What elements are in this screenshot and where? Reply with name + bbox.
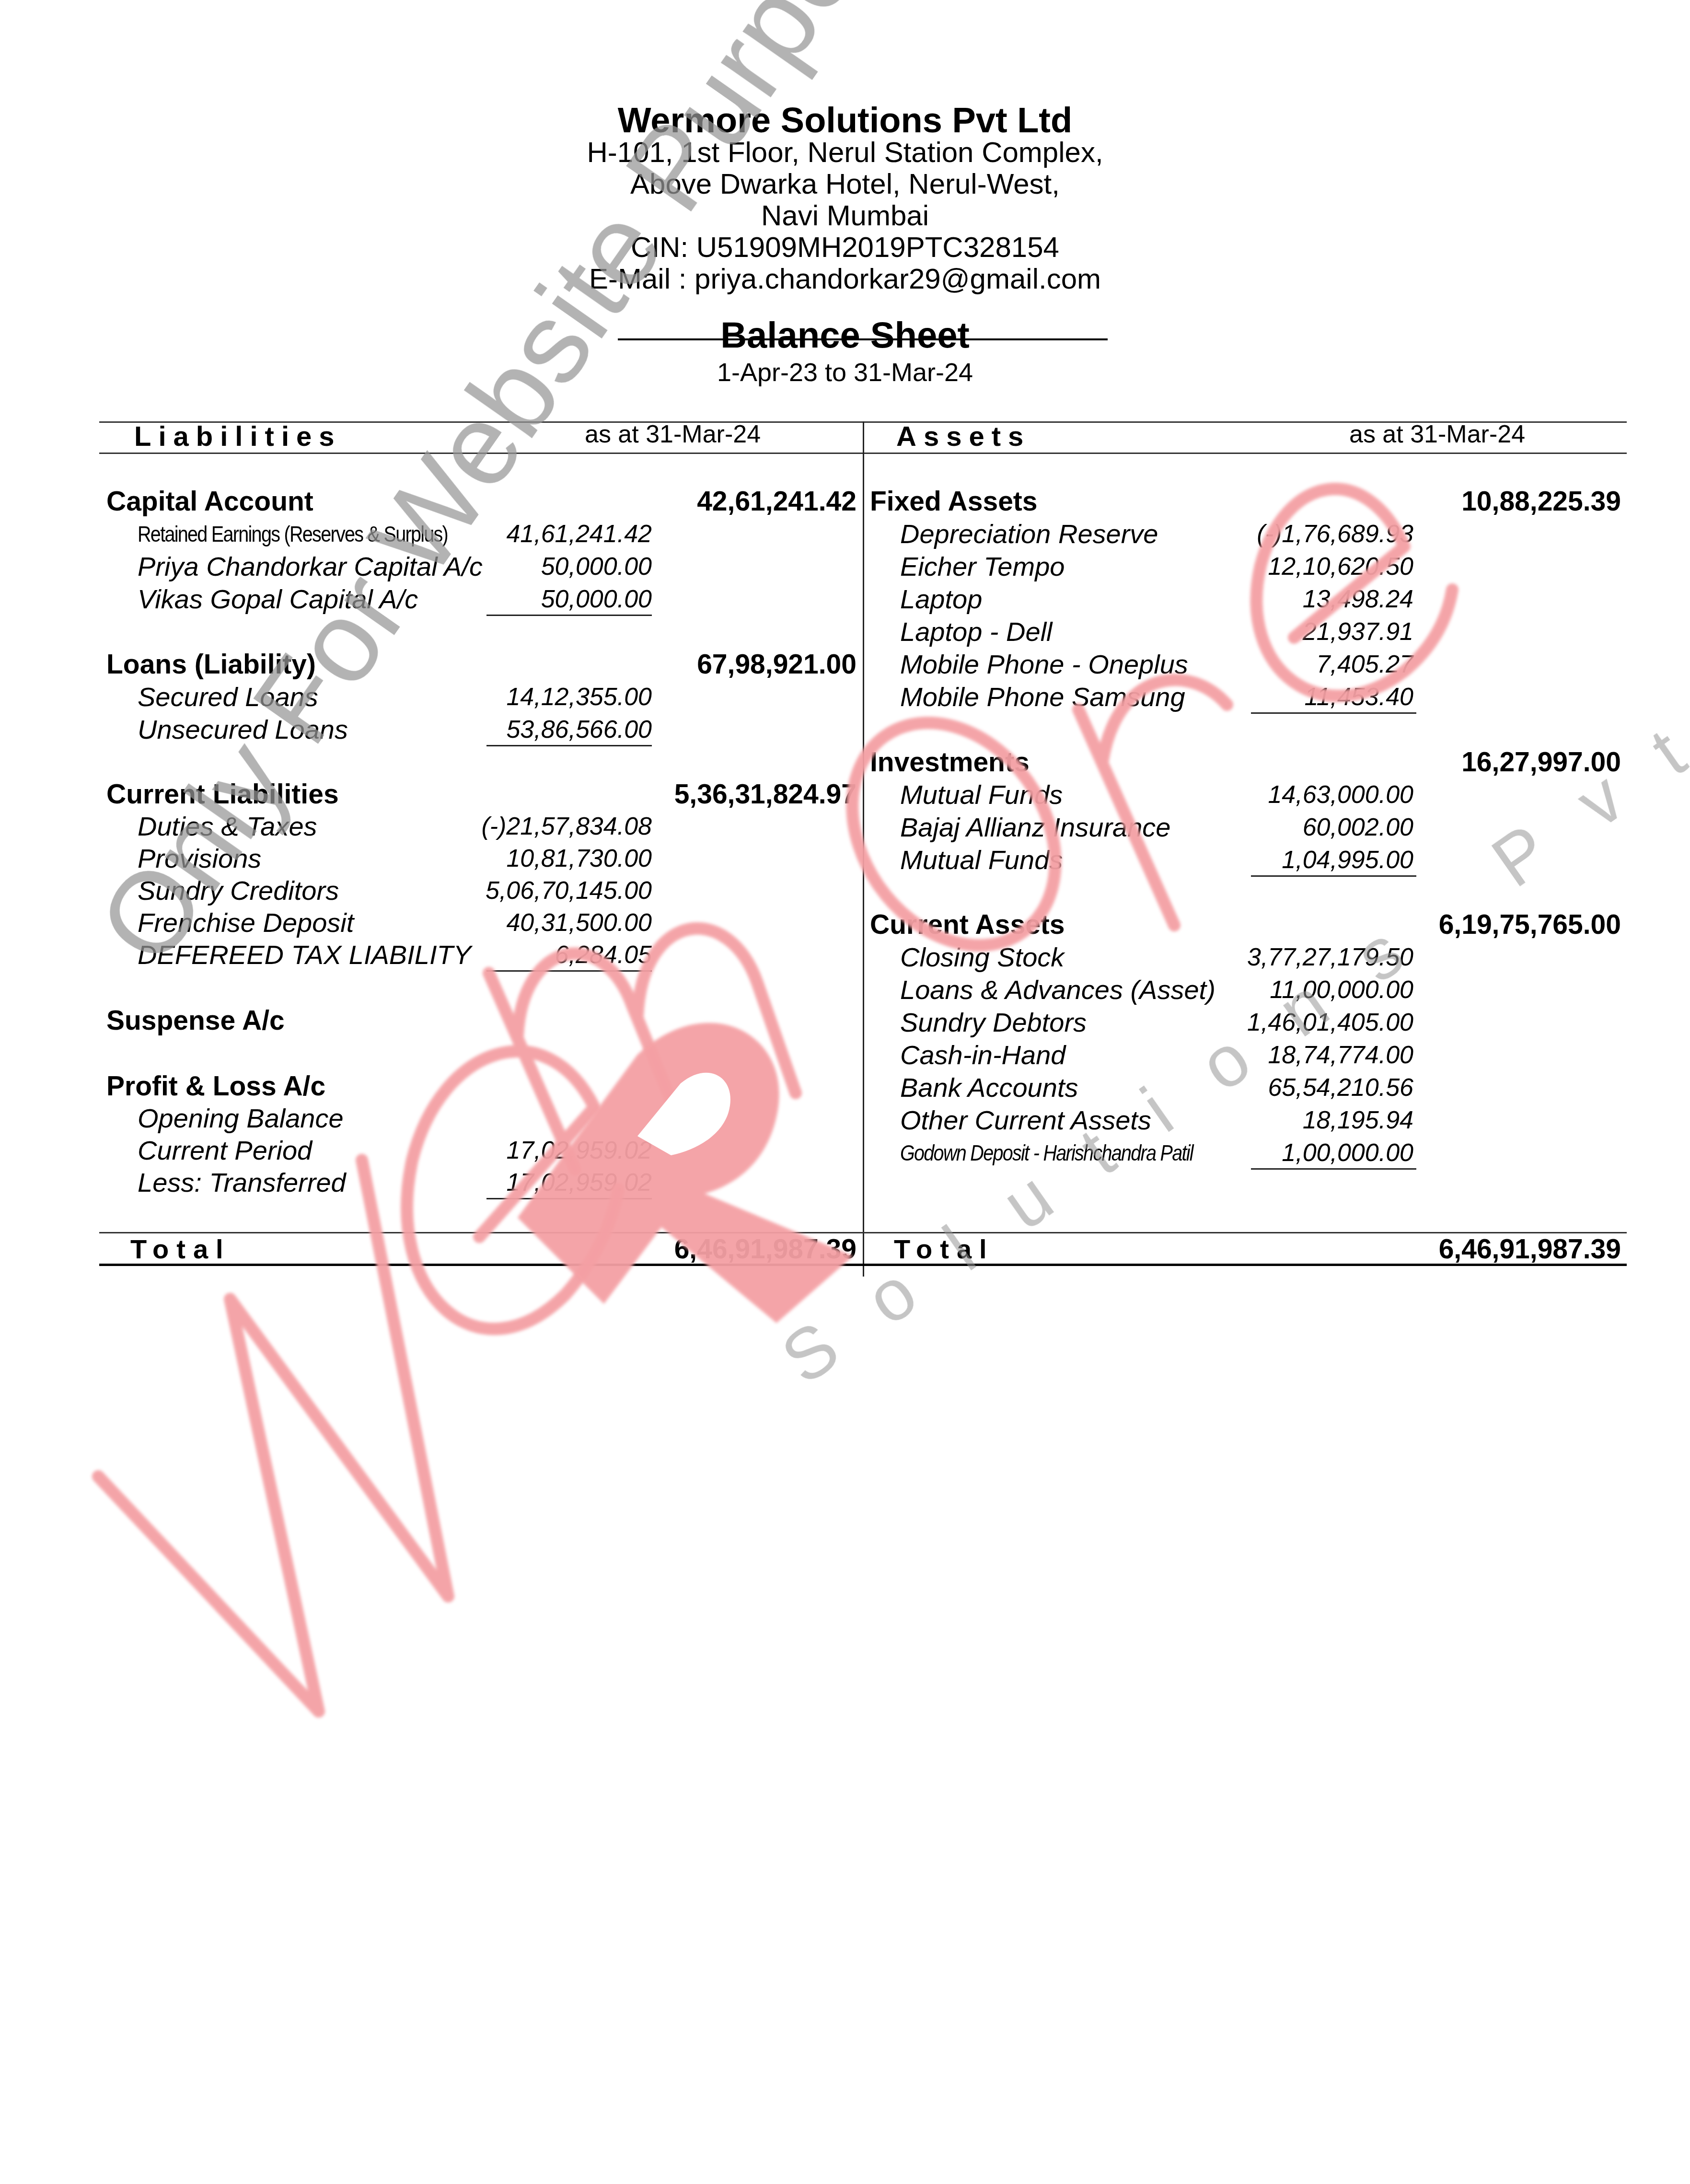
item-name: Mutual Funds bbox=[900, 778, 1063, 811]
liabilities-total-amount: 6,46,91,987.39 bbox=[674, 1233, 857, 1266]
item-name: Closing Stock bbox=[900, 941, 1064, 974]
item-amount: 17,02,959.02 bbox=[506, 1166, 652, 1199]
group-name: Profit & Loss A/c bbox=[106, 1070, 325, 1103]
item-name: Mobile Phone - Oneplus bbox=[900, 648, 1188, 681]
subtotal-underline bbox=[486, 745, 652, 746]
item-amount: 40,31,500.00 bbox=[506, 906, 652, 939]
item-name: Cash-in-Hand bbox=[900, 1039, 1066, 1071]
item-amount: (-)1,76,689.93 bbox=[1257, 518, 1413, 550]
email-line: E-Mail : priya.chandorkar29@gmail.com bbox=[0, 263, 1690, 295]
item-amount: 11,00,000.00 bbox=[1270, 974, 1413, 1006]
item-name: Laptop bbox=[900, 583, 982, 616]
item-name: Depreciation Reserve bbox=[900, 518, 1158, 550]
group-amount: 6,19,75,765.00 bbox=[1439, 908, 1621, 941]
column-divider bbox=[863, 421, 864, 1277]
item-name: Unsecured Loans bbox=[138, 713, 348, 746]
assets-heading: Assets bbox=[896, 421, 1030, 453]
item-name: Opening Balance bbox=[138, 1102, 344, 1135]
item-amount: 1,00,000.00 bbox=[1282, 1137, 1413, 1169]
cin-line: CIN: U51909MH2019PTC328154 bbox=[0, 232, 1690, 263]
group-name: Suspense A/c bbox=[106, 1004, 285, 1037]
report-period: 1-Apr-23 to 31-Mar-24 bbox=[0, 357, 1690, 388]
item-amount: 65,54,210.56 bbox=[1268, 1071, 1413, 1104]
subtotal-underline bbox=[1251, 875, 1416, 877]
assets-as-at: as at 31-Mar-24 bbox=[1349, 418, 1525, 450]
item-name: Loans & Advances (Asset) bbox=[900, 974, 1215, 1006]
item-amount: 5,06,70,145.00 bbox=[486, 874, 652, 907]
item-amount: 60,002.00 bbox=[1303, 811, 1413, 844]
address-line-1: H-101, 1st Floor, Nerul Station Complex, bbox=[0, 137, 1690, 168]
item-name: Sundry Debtors bbox=[900, 1006, 1087, 1039]
assets-total-label: Total bbox=[894, 1233, 995, 1266]
group-amount: 67,98,921.00 bbox=[697, 648, 857, 681]
group-name: Current Liabilities bbox=[106, 778, 339, 811]
subtotal-underline bbox=[486, 615, 652, 616]
liabilities-total-label: Total bbox=[130, 1233, 231, 1266]
item-amount: 21,937.91 bbox=[1303, 616, 1413, 648]
company-name: Wermore Solutions Pvt Ltd bbox=[0, 99, 1690, 142]
assets-total-amount: 6,46,91,987.39 bbox=[1439, 1233, 1621, 1266]
item-name: DEFEREED TAX LIABILITY bbox=[138, 939, 471, 971]
item-name: Provisions bbox=[138, 842, 261, 875]
group-name: Fixed Assets bbox=[870, 485, 1038, 518]
item-amount: 12,10,620.50 bbox=[1268, 550, 1413, 583]
item-name: Godown Deposit - Harishchandra Patil bbox=[900, 1137, 1193, 1169]
group-name: Capital Account bbox=[106, 485, 313, 518]
item-name: Vikas Gopal Capital A/c bbox=[138, 583, 418, 616]
item-amount: (-)21,57,834.08 bbox=[481, 810, 652, 843]
group-name: Current Assets bbox=[870, 908, 1065, 941]
item-amount: 3,77,27,179.50 bbox=[1247, 941, 1413, 974]
item-amount: 50,000.00 bbox=[541, 583, 652, 616]
item-name: Mutual Funds bbox=[900, 844, 1063, 876]
item-name: Current Period bbox=[138, 1134, 312, 1167]
group-name: Loans (Liability) bbox=[106, 648, 316, 681]
item-name: Sundry Creditors bbox=[138, 874, 339, 907]
group-amount: 16,27,997.00 bbox=[1461, 746, 1621, 778]
group-amount: 42,61,241.42 bbox=[697, 485, 857, 518]
group-amount: 10,88,225.39 bbox=[1461, 485, 1621, 518]
address-line-3: Navi Mumbai bbox=[0, 200, 1690, 232]
item-amount: 53,86,566.00 bbox=[506, 713, 652, 746]
subtotal-underline bbox=[486, 970, 652, 972]
item-name: Secured Loans bbox=[138, 681, 318, 713]
address-line-2: Above Dwarka Hotel, Nerul-West, bbox=[0, 168, 1690, 200]
total-bottom-border bbox=[99, 1264, 1627, 1266]
item-amount: 17,02,959.02 bbox=[506, 1134, 652, 1167]
liabilities-as-at: as at 31-Mar-24 bbox=[585, 418, 761, 450]
item-amount: 1,46,01,405.00 bbox=[1247, 1006, 1413, 1039]
item-name: Less: Transferred bbox=[138, 1166, 346, 1199]
item-amount: 14,12,355.00 bbox=[506, 681, 652, 713]
item-name: Bank Accounts bbox=[900, 1071, 1078, 1104]
item-amount: 6,284.05 bbox=[555, 939, 652, 971]
item-name: Laptop - Dell bbox=[900, 616, 1053, 648]
item-amount: 1,04,995.00 bbox=[1282, 844, 1413, 876]
item-amount: 41,61,241.42 bbox=[506, 518, 652, 550]
item-amount: 13,498.24 bbox=[1303, 583, 1413, 616]
report-title: Balance Sheet bbox=[0, 314, 1690, 357]
liabilities-heading: Liabilities bbox=[134, 421, 342, 453]
item-amount: 18,195.94 bbox=[1303, 1104, 1413, 1137]
item-amount: 11,453.40 bbox=[1305, 681, 1413, 713]
total-top-border bbox=[99, 1232, 1627, 1233]
item-name: Bajaj Allianz Insurance bbox=[900, 811, 1170, 844]
item-name: Priya Chandorkar Capital A/c bbox=[138, 550, 483, 583]
group-amount: 5,36,31,824.97 bbox=[674, 778, 857, 811]
item-amount: 14,63,000.00 bbox=[1268, 778, 1413, 811]
item-amount: 18,74,774.00 bbox=[1268, 1039, 1413, 1071]
item-name: Other Current Assets bbox=[900, 1104, 1151, 1137]
item-name: Duties & Taxes bbox=[138, 810, 317, 843]
item-amount: 7,405.27 bbox=[1317, 648, 1413, 681]
group-name: Investments bbox=[870, 746, 1030, 778]
item-name: Mobile Phone Samsung bbox=[900, 681, 1185, 713]
item-amount: 10,81,730.00 bbox=[506, 842, 652, 875]
item-amount: 50,000.00 bbox=[541, 550, 652, 583]
subtotal-underline bbox=[1251, 712, 1416, 714]
item-name: Frenchise Deposit bbox=[138, 906, 354, 939]
item-name: Eicher Tempo bbox=[900, 550, 1065, 583]
subtotal-underline bbox=[1251, 1168, 1416, 1170]
subtotal-underline bbox=[486, 1198, 652, 1199]
item-name: Retained Earnings (Reserves & Surplus) bbox=[138, 518, 448, 550]
